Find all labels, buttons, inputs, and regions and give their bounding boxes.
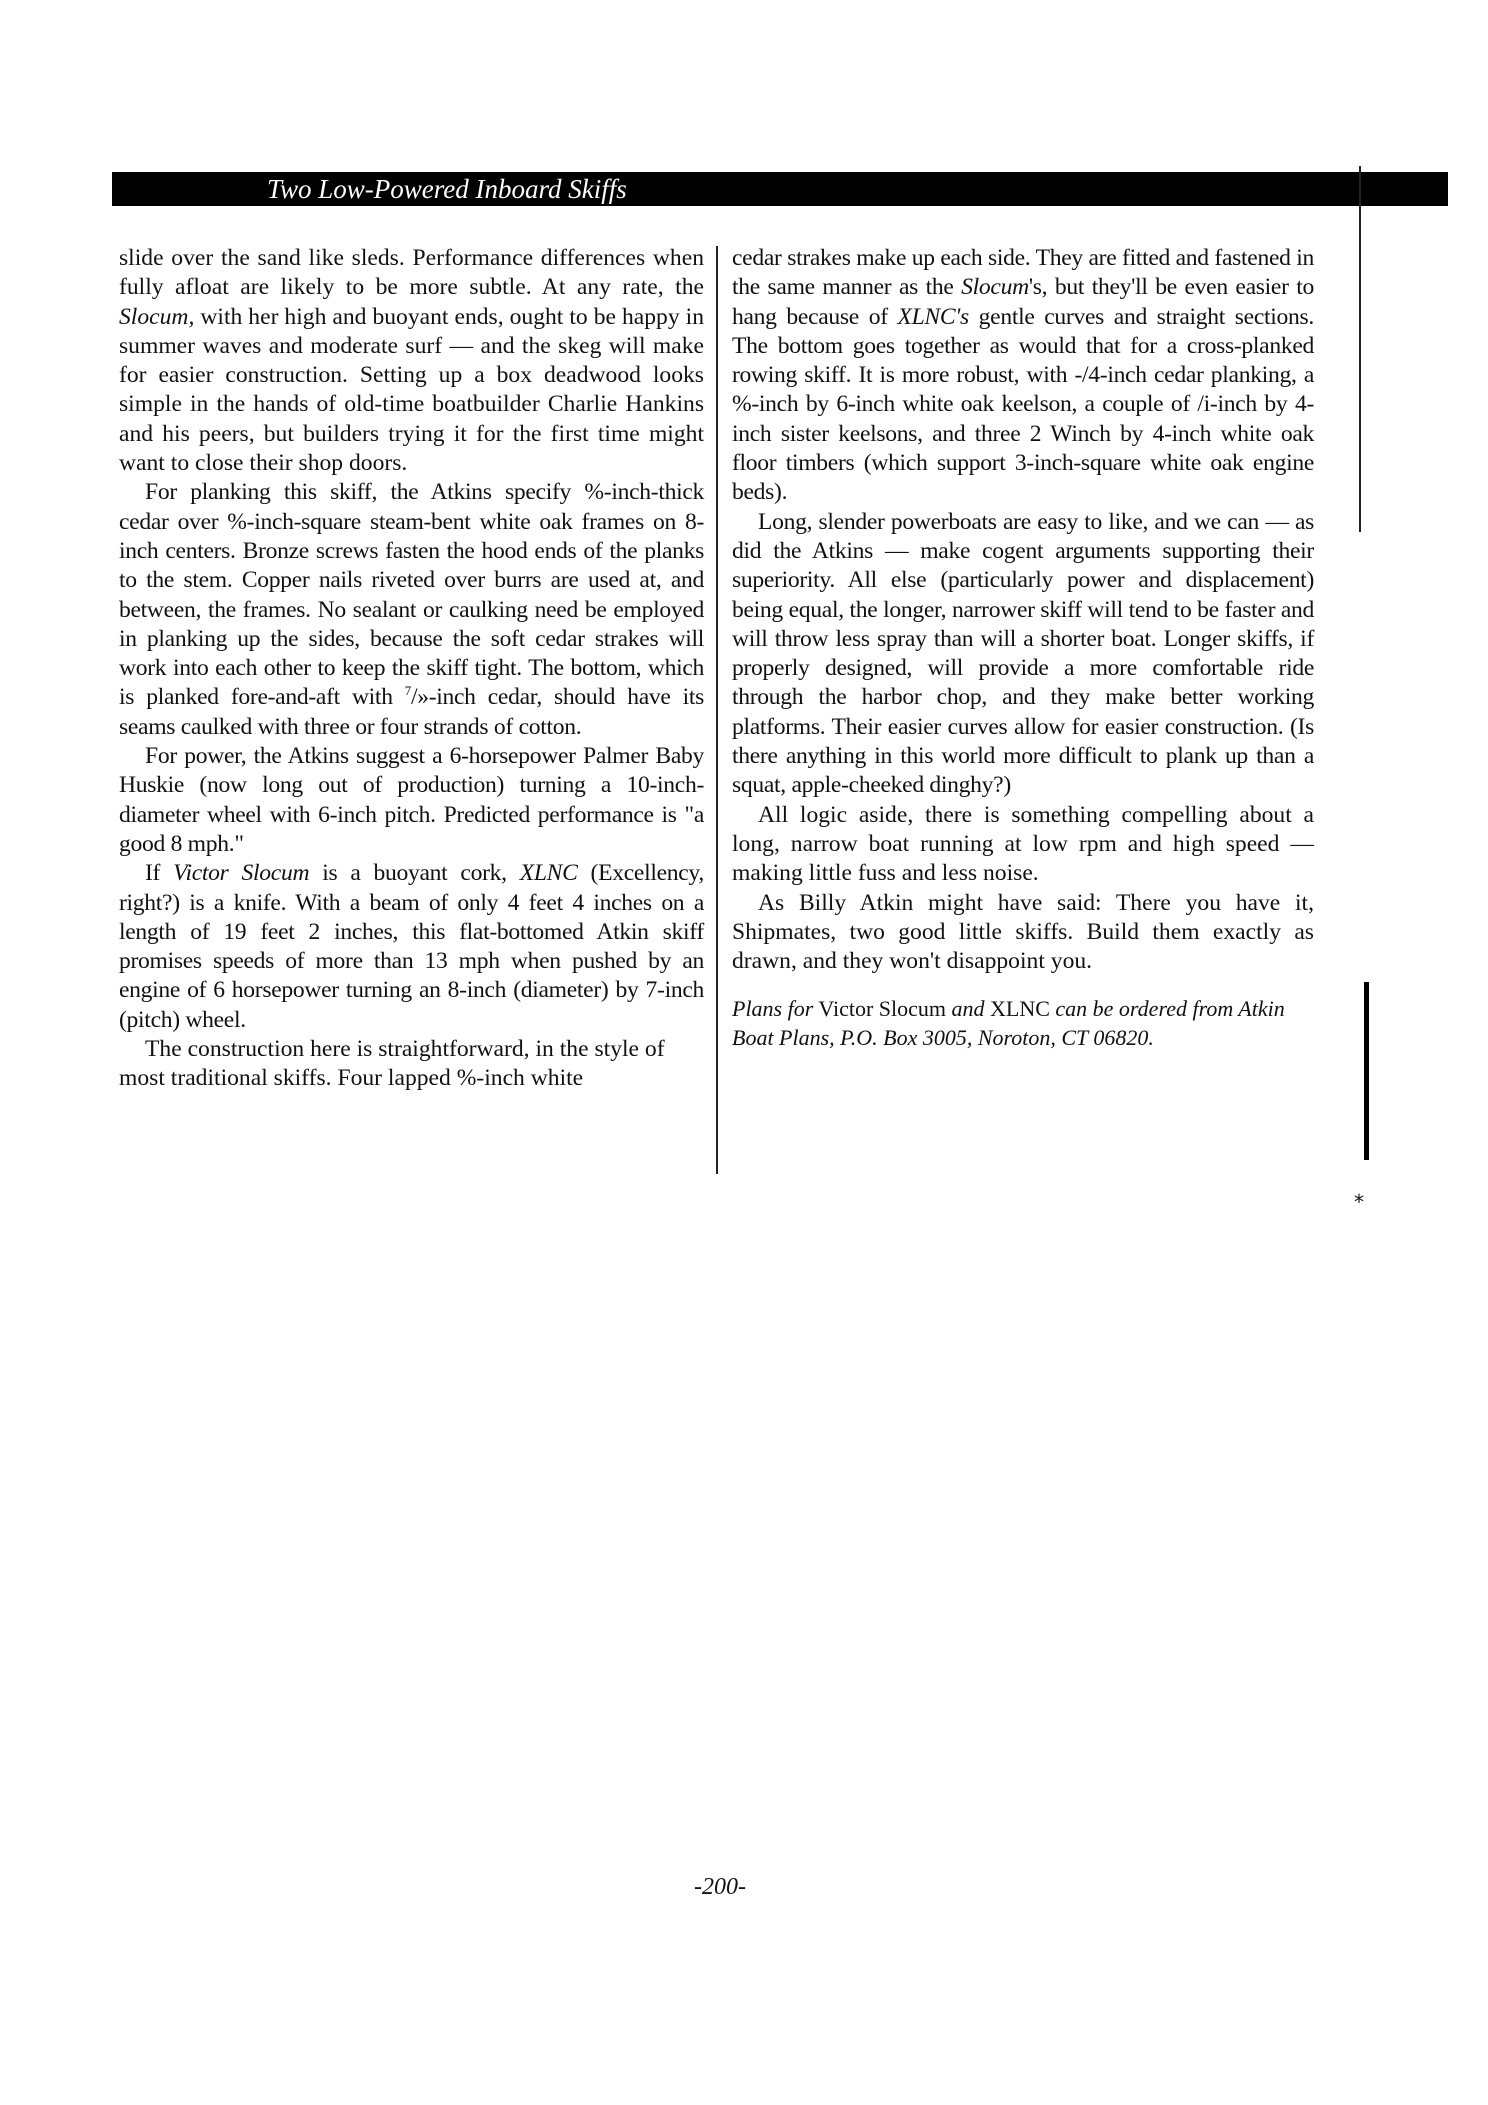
boat-name: Slocum, — [119, 304, 194, 330]
credit-roman: XLNC — [985, 996, 1056, 1021]
paragraph: For power, the Atkins suggest a 6-horsep… — [119, 742, 704, 859]
paragraph: If Victor Slocum is a buoyant cork, XLNC… — [119, 859, 704, 1035]
plans-credit: Plans for Victor Slocum and XLNC can be … — [732, 994, 1314, 1052]
paragraph: cedar strakes make up each side. They ar… — [732, 244, 1314, 508]
boat-name: XLNC's — [898, 304, 969, 330]
paragraph: slide over the sand like sleds. Performa… — [119, 244, 704, 478]
text-run: is a buoyant cork, — [309, 860, 520, 886]
credit-italic: Plans for — [732, 996, 813, 1021]
margin-bar — [1364, 982, 1369, 1160]
asterisk-mark: * — [1354, 1190, 1364, 1214]
text-run: with her high and buoyant ends, ought to… — [119, 304, 704, 476]
paragraph: All logic aside, there is something comp… — [732, 801, 1314, 889]
credit-roman: Victor Slocum — [813, 996, 951, 1021]
column-divider — [716, 246, 718, 1174]
paragraph: As Billy Atkin might have said: There yo… — [732, 889, 1314, 977]
right-column: cedar strakes make up each side. They ar… — [732, 244, 1314, 1052]
paragraph: Long, slender powerboats are easy to lik… — [732, 508, 1314, 801]
credit-italic: and — [952, 996, 985, 1021]
text-run: gentle curves and straight sections. The… — [732, 304, 1314, 506]
text-run: For planking this skiff, the Atkins spec… — [119, 479, 704, 710]
left-column: slide over the sand like sleds. Performa… — [119, 244, 704, 1094]
text-run: slide over the sand like sleds. Performa… — [119, 245, 704, 300]
text-run: If — [145, 860, 173, 886]
paragraph: For planking this skiff, the Atkins spec… — [119, 478, 704, 742]
boat-name: XLNC — [520, 860, 578, 886]
margin-rule — [1359, 166, 1361, 532]
running-header-bar: Two Low-Powered Inboard Skiffs — [112, 172, 1448, 206]
paragraph: The construction here is straightforward… — [119, 1035, 704, 1094]
boat-name: Slocum — [961, 274, 1029, 300]
page-number: -200- — [0, 1874, 1440, 1901]
running-header-title: Two Low-Powered Inboard Skiffs — [267, 172, 627, 206]
boat-name: Victor Slocum — [173, 860, 309, 886]
